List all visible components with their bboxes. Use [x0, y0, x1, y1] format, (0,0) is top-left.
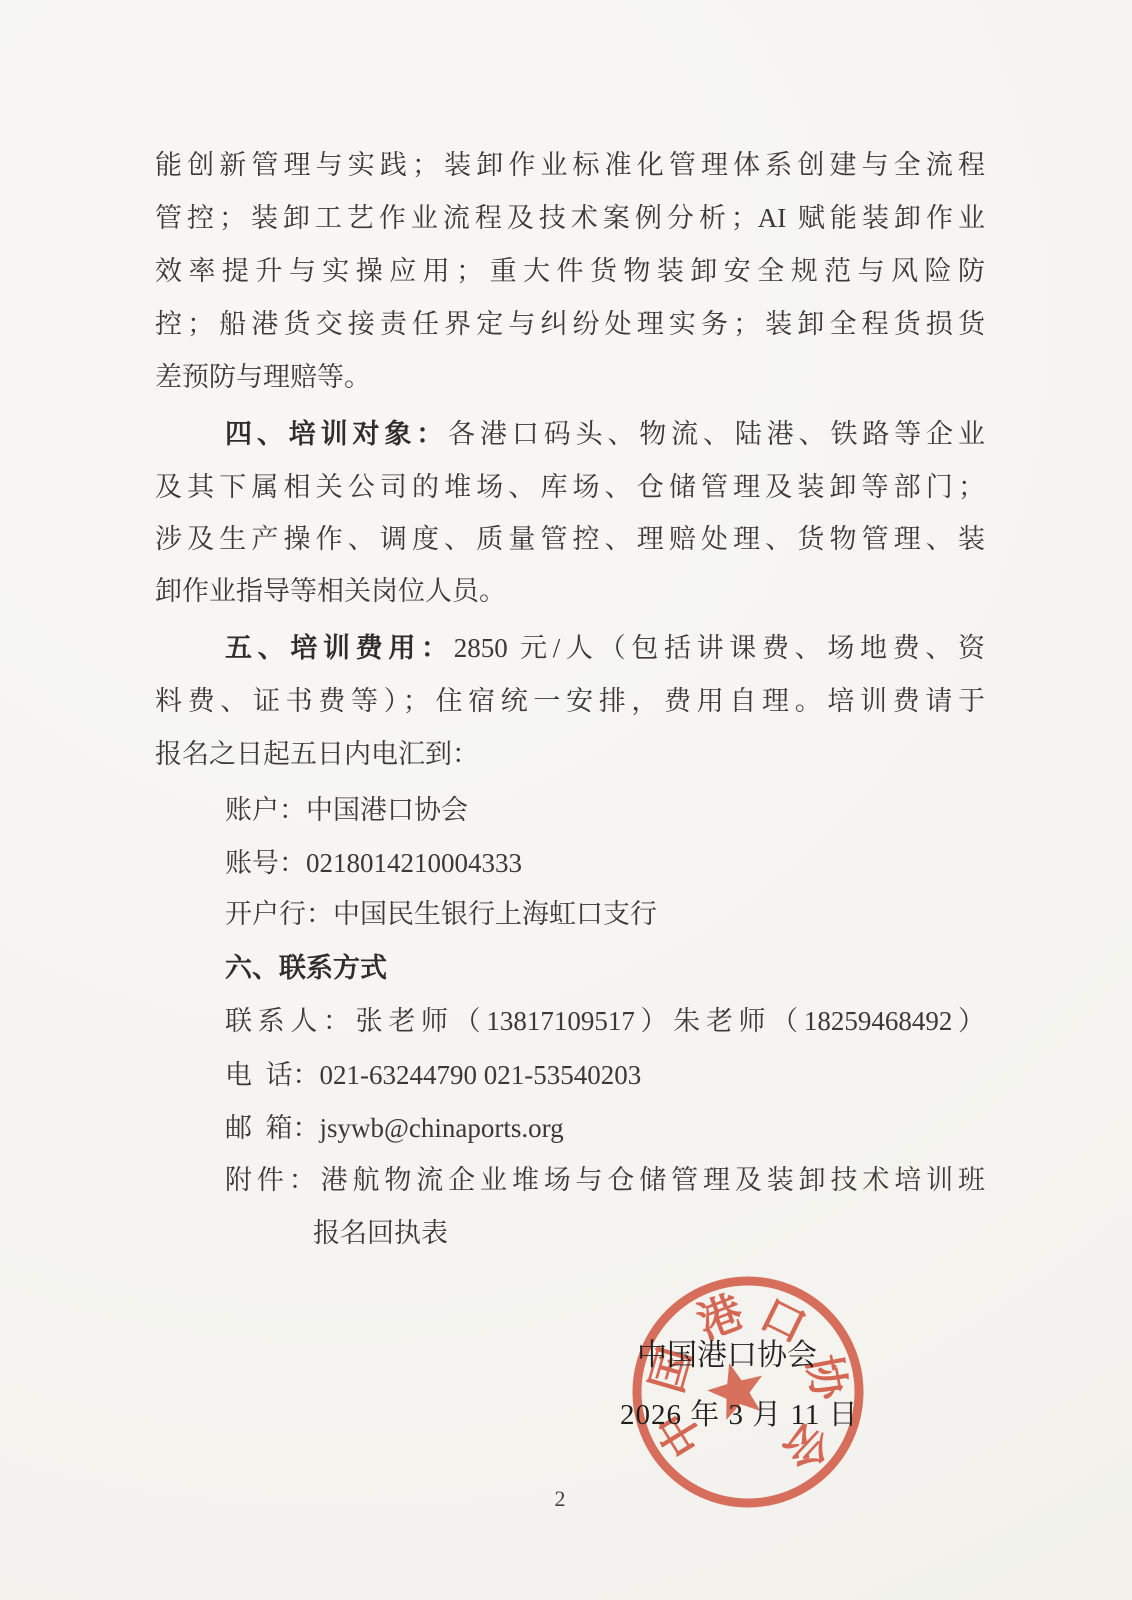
signature-organization: 中国港口协会 — [637, 1330, 817, 1374]
body-line: 报名之日起五日内电汇到： — [155, 737, 985, 771]
contact-email: 邮 箱：jsywb@chinaports.org — [155, 1111, 985, 1145]
body-line: 卸作业指导等相关岗位人员。 — [155, 574, 985, 608]
bank-branch: 开户行：中国民生银行上海虹口支行 — [155, 897, 985, 931]
bank-account-name: 账户：中国港口协会 — [155, 793, 985, 827]
body-line: 控；船港货交接责任界定与纠纷处理实务；装卸全程货损货 — [155, 307, 985, 341]
body-line: 料费、证书费等）；住宿统一安排，费用自理。培训费请于 — [155, 684, 985, 718]
bank-account-number: 账号：0218014210004333 — [155, 846, 985, 880]
body-line: 差预防与理赔等。 — [155, 360, 985, 394]
page-number: 2 — [540, 1486, 580, 1512]
section-heading-training-fee: 五、培训费用：2850 元/人（包括讲课费、场地费、资 — [155, 631, 985, 665]
document-page: 能创新管理与实践；装卸作业标准化管理体系创建与全流程 管控；装卸工艺作业流程及技… — [0, 0, 1132, 1600]
attachment-line-continued: 报名回执表 — [155, 1216, 985, 1250]
attachment-line: 附件：港航物流企业堆场与仓储管理及装卸技术培训班 — [155, 1163, 985, 1197]
body-line: 管控；装卸工艺作业流程及技术案例分析；AI 赋能装卸作业 — [155, 201, 985, 235]
section-heading-training-audience: 四、培训对象：各港口码头、物流、陆港、铁路等企业 — [155, 417, 985, 451]
section-heading-contact: 六、联系方式 — [155, 951, 985, 985]
signature-date: 2026 年 3 月 11 日 — [620, 1392, 859, 1433]
contact-persons: 联系人：张老师（13817109517）朱老师（18259468492） — [155, 1004, 985, 1038]
body-line: 涉及生产操作、调度、质量管控、理赔处理、货物管理、装 — [155, 522, 985, 556]
body-line: 及其下属相关公司的堆场、库场、仓储管理及装卸等部门； — [155, 470, 985, 504]
body-line: 效率提升与实操应用；重大件货物装卸安全规范与风险防 — [155, 254, 985, 288]
body-line: 能创新管理与实践；装卸作业标准化管理体系创建与全流程 — [155, 148, 985, 182]
contact-phone: 电 话：021-63244790 021-53540203 — [155, 1058, 985, 1092]
